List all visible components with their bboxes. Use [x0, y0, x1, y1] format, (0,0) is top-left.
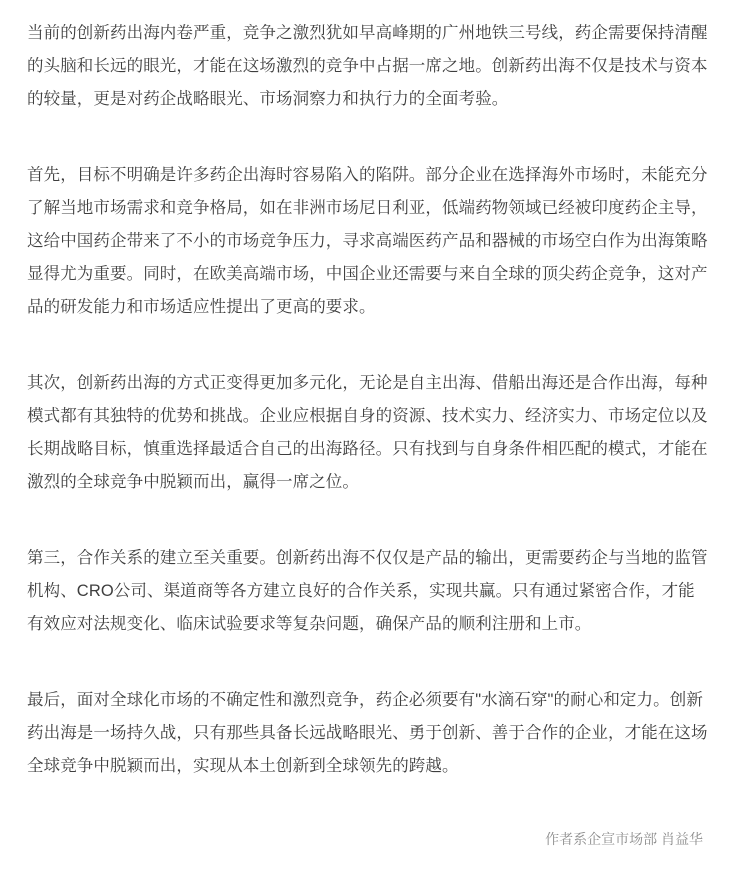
- text-line: 激烈的全球竞争中脱颖而出，赢得一席之位。: [27, 466, 703, 499]
- paragraph: 首先，目标不明确是许多药企出海时容易陷入的陷阱。部分企业在选择海外市场时，未能充…: [27, 159, 703, 324]
- text-line: 的头脑和长远的眼光，才能在这场激烈的竞争中占据一席之地。创新药出海不仅是技术与资…: [27, 50, 703, 83]
- text-line: 有效应对法规变化、临床试验要求等复杂问题，确保产品的顺利注册和上市。: [27, 608, 703, 641]
- text-line: 的较量，更是对药企战略眼光、市场洞察力和执行力的全面考验。: [27, 83, 703, 116]
- text-line: 了解当地市场需求和竞争格局，如在非洲市场尼日利亚，低端药物领域已经被印度药企主导…: [27, 192, 703, 225]
- text-line: 这给中国药企带来了不小的市场竞争压力，寻求高端医药产品和器械的市场空白作为出海策…: [27, 225, 703, 258]
- text-line: 显得尤为重要。同时，在欧美高端市场，中国企业还需要与来自全球的顶尖药企竞争，这对…: [27, 258, 703, 291]
- text-line: 模式都有其独特的优势和挑战。企业应根据自身的资源、技术实力、经济实力、市场定位以…: [27, 400, 703, 433]
- article-body: 当前的创新药出海内卷严重，竞争之激烈犹如早高峰期的广州地铁三号线，药企需要保持清…: [27, 17, 703, 852]
- paragraph: 最后，面对全球化市场的不确定性和激烈竞争，药企必须要有"水滴石穿"的耐心和定力。…: [27, 684, 703, 783]
- article-page: 当前的创新药出海内卷严重，竞争之激烈犹如早高峰期的广州地铁三号线，药企需要保持清…: [0, 0, 731, 874]
- paragraph: 当前的创新药出海内卷严重，竞争之激烈犹如早高峰期的广州地铁三号线，药企需要保持清…: [27, 17, 703, 116]
- text-line: 其次，创新药出海的方式正变得更加多元化，无论是自主出海、借船出海还是合作出海，每…: [27, 367, 703, 400]
- paragraphs-container: 当前的创新药出海内卷严重，竞争之激烈犹如早高峰期的广州地铁三号线，药企需要保持清…: [27, 17, 703, 783]
- text-line: 当前的创新药出海内卷严重，竞争之激烈犹如早高峰期的广州地铁三号线，药企需要保持清…: [27, 17, 703, 50]
- author-byline: 作者系企宣市场部 肖益华: [27, 826, 703, 852]
- text-line: 首先，目标不明确是许多药企出海时容易陷入的陷阱。部分企业在选择海外市场时，未能充…: [27, 159, 703, 192]
- text-line: 最后，面对全球化市场的不确定性和激烈竞争，药企必须要有"水滴石穿"的耐心和定力。…: [27, 684, 703, 717]
- text-line: 机构、CRO公司、渠道商等各方建立良好的合作关系，实现共赢。只有通过紧密合作，才…: [27, 575, 703, 608]
- paragraph: 第三，合作关系的建立至关重要。创新药出海不仅仅是产品的输出，更需要药企与当地的监…: [27, 542, 703, 641]
- paragraph: 其次，创新药出海的方式正变得更加多元化，无论是自主出海、借船出海还是合作出海，每…: [27, 367, 703, 499]
- text-line: 药出海是一场持久战，只有那些具备长远战略眼光、勇于创新、善于合作的企业，才能在这…: [27, 717, 703, 750]
- text-line: 品的研发能力和市场适应性提出了更高的要求。: [27, 291, 703, 324]
- text-line: 全球竞争中脱颖而出，实现从本土创新到全球领先的跨越。: [27, 750, 703, 783]
- text-line: 第三，合作关系的建立至关重要。创新药出海不仅仅是产品的输出，更需要药企与当地的监…: [27, 542, 703, 575]
- text-line: 长期战略目标，慎重选择最适合自己的出海路径。只有找到与自身条件相匹配的模式，才能…: [27, 433, 703, 466]
